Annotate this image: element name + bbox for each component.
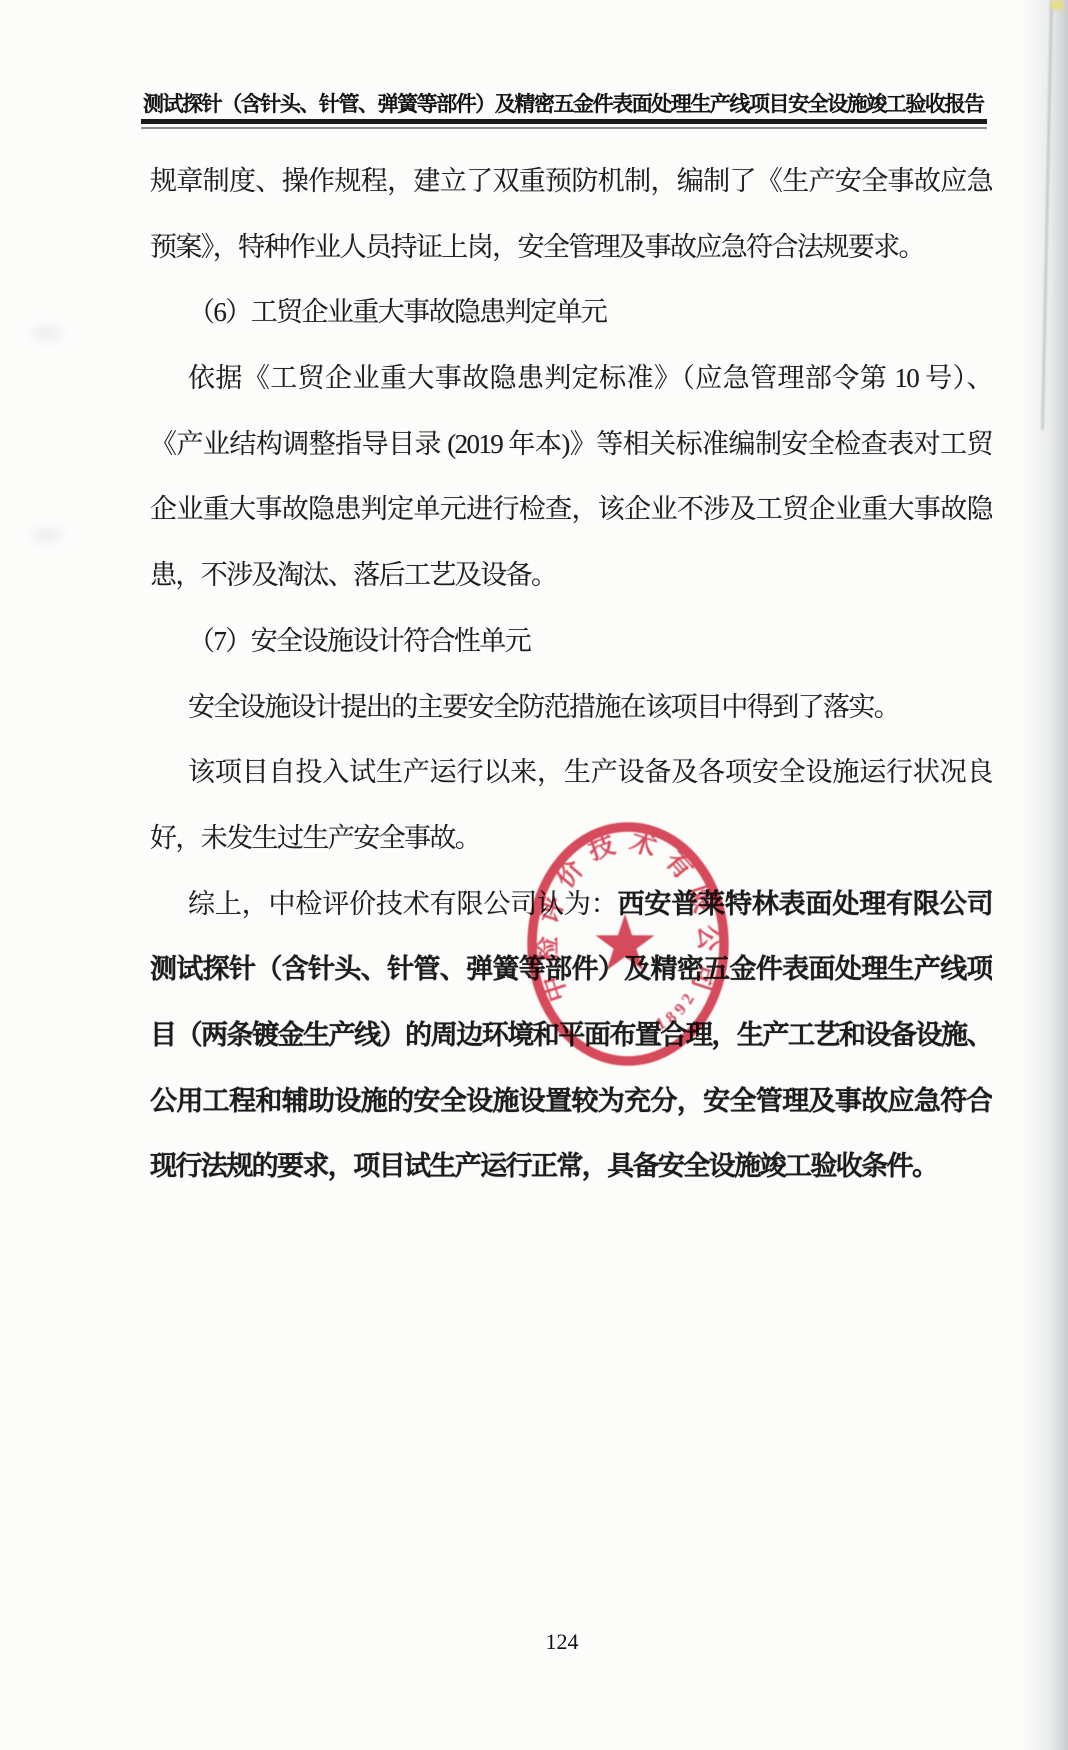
paragraph-line: 该项目自投入试生产运行以来，生产设备及各项安全设施运行状况良 [150, 740, 992, 806]
paragraph-line: 《产业结构调整指导目录 (2019 年本)》等相关标准编制安全检查表对工贸 [150, 412, 992, 478]
header-rule-thick [141, 119, 987, 124]
report-header-title: 测试探针（含针头、针管、弹簧等部件）及精密五金件表面处理生产线项目安全设施竣工验… [143, 89, 983, 119]
section-heading: （7）安全设施设计符合性单元 [150, 609, 992, 675]
paragraph-line: 依据《工贸企业重大事故隐患判定标准》（应急管理部令第 10 号）、 [150, 346, 992, 412]
scan-smudge [32, 326, 62, 340]
scan-edge-line [1041, 0, 1052, 430]
section-heading: （6）工贸企业重大事故隐患判定单元 [150, 280, 992, 346]
company-seal: 中检评价技术有限公司 1892 [513, 804, 743, 1084]
paragraph-line: 企业重大事故隐患判定单元进行检查，该企业不涉及工贸企业重大事故隐 [150, 477, 992, 543]
paragraph-line: 规章制度、操作规程，建立了双重预防机制，编制了《生产安全事故应急 [150, 149, 992, 215]
seal-star-icon [596, 914, 655, 970]
paragraph-line: 现行法规的要求，项目试生产运行正常，具备安全设施竣工验收条件。 [150, 1134, 992, 1200]
page-number: 124 [502, 1628, 622, 1656]
scan-smudge [32, 528, 62, 542]
paragraph-line: 患，不涉及淘汰、落后工艺及设备。 [150, 543, 992, 609]
scanned-report-page: 测试探针（含针头、针管、弹簧等部件）及精密五金件表面处理生产线项目安全设施竣工验… [0, 0, 1068, 1750]
paragraph-line: 预案》，特种作业人员持证上岗，安全管理及事故应急符合法规要求。 [150, 215, 992, 281]
scan-corner-speck [1050, 0, 1064, 10]
header-rule-thin [141, 127, 987, 129]
paragraph-line: 安全设施设计提出的主要安全防范措施在该项目中得到了落实。 [150, 675, 992, 741]
